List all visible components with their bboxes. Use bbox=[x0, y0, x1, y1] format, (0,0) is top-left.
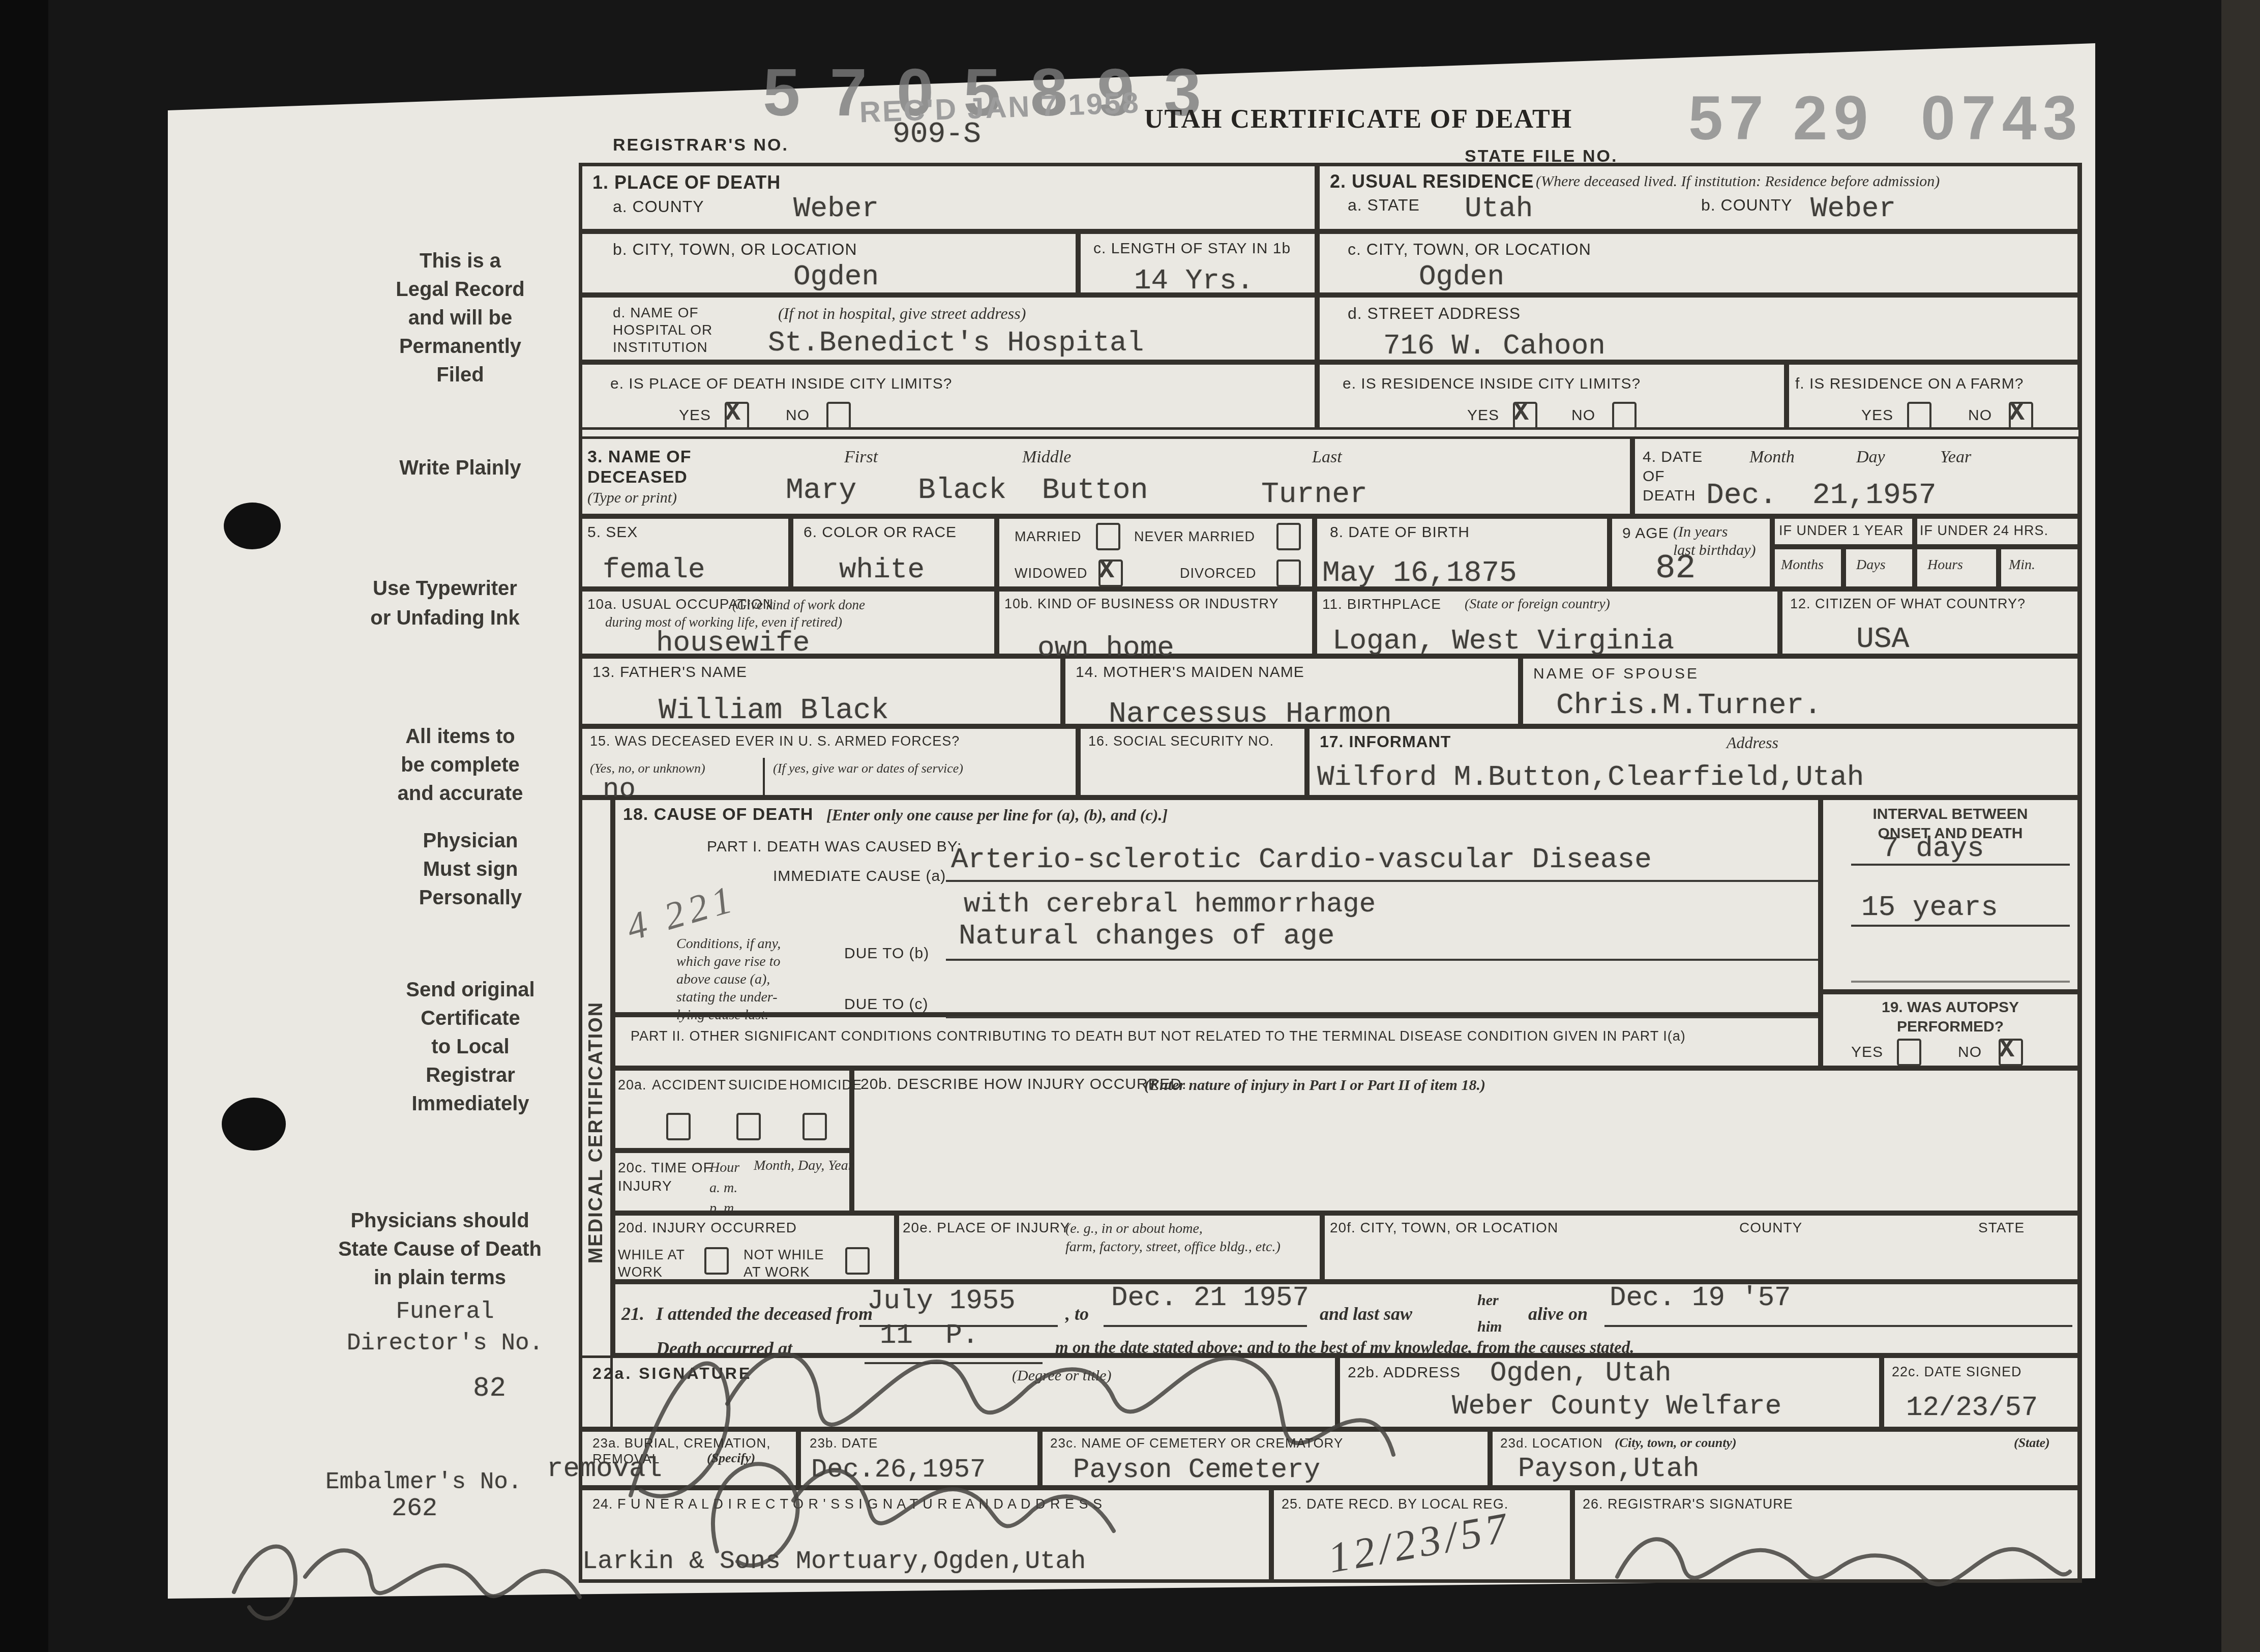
box7-never-label: NEVER MARRIED bbox=[1134, 529, 1255, 545]
box11-hint: (State or foreign country) bbox=[1465, 596, 1610, 612]
margin-note-use-typewriter: Use Typewriter or Unfading Ink bbox=[325, 574, 564, 633]
cause-a-underline bbox=[946, 860, 1818, 882]
funeral-director-no-value: 82 bbox=[473, 1373, 506, 1404]
box16-label: 16. SOCIAL SECURITY NO. bbox=[1088, 733, 1274, 749]
box20c-mdy-label: Month, Day, Year bbox=[754, 1158, 854, 1174]
box20a-suicide-label: SUICIDE bbox=[728, 1077, 788, 1093]
box23a-value: removal bbox=[547, 1454, 662, 1485]
box6-label: 6. COLOR OR RACE bbox=[804, 524, 957, 541]
funeral-director-signature bbox=[676, 1419, 1134, 1587]
box3-first-label: First bbox=[844, 448, 878, 467]
box13-label: 13. FATHER'S NAME bbox=[592, 664, 747, 681]
box10b-value: own home bbox=[1037, 632, 1174, 664]
box9-months-label: Months bbox=[1781, 557, 1824, 573]
box3-hint: (Type or print) bbox=[587, 489, 677, 507]
interval-b-underline bbox=[1851, 904, 2070, 927]
box3-last-value: Turner bbox=[1261, 478, 1367, 511]
cell-2e bbox=[1317, 362, 1787, 430]
box2e-label: e. IS RESIDENCE INSIDE CITY LIMITS? bbox=[1343, 375, 1641, 393]
punch-hole bbox=[224, 503, 281, 549]
box4-day-label: Day bbox=[1856, 448, 1885, 467]
margin-note-legal-record: This is a Legal Record and will be Perma… bbox=[356, 247, 564, 389]
scanned-death-certificate: 5705893 REC'D JAN 7 1958 REGISTRAR'S NO.… bbox=[0, 0, 2260, 1652]
box18-cause-a-line2: with cerebral hemmorrhage bbox=[964, 889, 1376, 920]
box20a-homicide-checkbox bbox=[802, 1113, 827, 1140]
box20b-label: 20b. DESCRIBE HOW INJURY OCCURRED. bbox=[860, 1076, 1186, 1093]
box3-first-value: Mary bbox=[786, 474, 856, 507]
box7-widowed-checkbox: X bbox=[1098, 559, 1123, 587]
box18-part1-label: PART I. DEATH WAS CAUSED BY: bbox=[707, 838, 962, 855]
box6-value: white bbox=[839, 553, 925, 586]
box21-alive-underline bbox=[1604, 1305, 2072, 1327]
box2e-yes-label: YES bbox=[1467, 407, 1499, 424]
box22c-label: 22c. DATE SIGNED bbox=[1892, 1364, 2022, 1380]
box18-title-hint: [Enter only one cause per line for (a), … bbox=[826, 806, 1168, 824]
registrar-signature bbox=[1597, 1495, 2085, 1607]
embalmer-signature bbox=[203, 1500, 600, 1633]
box2c-value: Ogden bbox=[1419, 260, 1504, 293]
margin-note-send-original: Send original Certificate to Local Regis… bbox=[376, 976, 564, 1118]
box20d-not-label: NOT WHILE AT WORK bbox=[744, 1246, 824, 1281]
interval-c-underline bbox=[1851, 960, 2070, 983]
box2d-value: 716 W. Cahoon bbox=[1383, 330, 1605, 362]
box3-middle-value: Black Button bbox=[918, 474, 1148, 507]
box20d-while-checkbox bbox=[704, 1247, 729, 1275]
box9-under24-label: IF UNDER 24 HRS. bbox=[1920, 523, 2048, 539]
spouse-label: NAME OF SPOUSE bbox=[1533, 665, 1699, 683]
box18-immediate-label: IMMEDIATE CAUSE (a) bbox=[773, 868, 946, 885]
box23d-state-hint: (State) bbox=[2014, 1435, 2050, 1451]
box2c-label: c. CITY, TOWN, OR LOCATION bbox=[1348, 240, 1591, 259]
box20c-label: 20c. TIME OF INJURY bbox=[618, 1159, 712, 1195]
box2f-no-label: NO bbox=[1968, 407, 1992, 424]
box2e-no-label: NO bbox=[1571, 407, 1595, 424]
box1b-value: Ogden bbox=[793, 260, 879, 293]
cause-c-underline bbox=[946, 996, 1818, 1018]
box5-value: female bbox=[603, 553, 705, 586]
box2-title: 2. USUAL RESIDENCE bbox=[1330, 171, 1534, 192]
registrar-no-label: REGISTRAR'S NO. bbox=[613, 135, 789, 155]
box2-title-hint: (Where deceased lived. If institution: R… bbox=[1536, 173, 1940, 190]
box14-value: Narcessus Harmon bbox=[1109, 698, 1392, 731]
punch-hole bbox=[222, 1098, 286, 1150]
box20d-while-label: WHILE AT WORK bbox=[618, 1246, 685, 1281]
box9-label: 9 AGE bbox=[1622, 525, 1669, 542]
box2b-label: b. COUNTY bbox=[1701, 196, 1793, 215]
box2f-no-checkbox: X bbox=[2009, 402, 2033, 429]
box10b-label: 10b. KIND OF BUSINESS OR INDUSTRY bbox=[1004, 596, 1279, 612]
box7-widowed-label: WIDOWED bbox=[1015, 566, 1087, 581]
box22b-value1: Ogden, Utah bbox=[1490, 1358, 1671, 1389]
box3-label: 3. NAME OF DECEASED bbox=[587, 447, 692, 487]
box20e-label: 20e. PLACE OF INJURY bbox=[903, 1220, 1070, 1236]
margin-note-all-items: All items to be complete and accurate bbox=[356, 722, 564, 808]
box20e-hint: (e. g., in or about home, farm, factory,… bbox=[1065, 1220, 1281, 1256]
box15-value: no bbox=[603, 774, 636, 805]
box10a-value: housewife bbox=[656, 627, 810, 659]
box22c-value: 12/23/57 bbox=[1906, 1393, 2038, 1424]
box2d-label: d. STREET ADDRESS bbox=[1348, 304, 1521, 323]
box7-married-checkbox bbox=[1096, 523, 1120, 550]
box1e-no-label: NO bbox=[786, 407, 810, 424]
margin-note-write-plainly: Write Plainly bbox=[356, 457, 564, 480]
box20a-label: 20a. bbox=[618, 1077, 647, 1093]
box1e-yes-checkbox: X bbox=[725, 402, 749, 429]
box9-under1-label: IF UNDER 1 YEAR bbox=[1779, 523, 1904, 539]
cause-b-underline bbox=[946, 938, 1818, 961]
box17-value: Wilford M.Button,Clearfield,Utah bbox=[1317, 761, 1864, 793]
box18-part2-label: PART II. OTHER SIGNIFICANT CONDITIONS CO… bbox=[631, 1028, 1810, 1044]
box2b-value: Weber bbox=[1810, 192, 1896, 225]
scan-right-edge bbox=[2221, 0, 2260, 1652]
box19-no-checkbox: X bbox=[1999, 1039, 2023, 1066]
margin-note-plain-terms: Physicians should State Cause of Death i… bbox=[310, 1206, 570, 1292]
box22b-value2: Weber County Welfare bbox=[1452, 1391, 1781, 1422]
box1a-label: a. COUNTY bbox=[613, 197, 704, 216]
box19-yes-label: YES bbox=[1851, 1044, 1883, 1061]
box4-label: 4. DATE OF DEATH bbox=[1643, 448, 1703, 506]
box21-her-label: her bbox=[1477, 1292, 1499, 1309]
box9-min-label: Min. bbox=[2009, 557, 2035, 573]
box1e-label: e. IS PLACE OF DEATH INSIDE CITY LIMITS? bbox=[610, 375, 952, 393]
box1d-value: St.Benedict's Hospital bbox=[768, 327, 1144, 359]
box1c-value: 14 Yrs. bbox=[1134, 264, 1254, 297]
box1e-yes-label: YES bbox=[679, 407, 711, 424]
box11-value: Logan, West Virginia bbox=[1332, 625, 1674, 657]
box19-yes-checkbox bbox=[1897, 1039, 1921, 1066]
funeral-director-no-label: Funeral Director's No. bbox=[325, 1296, 564, 1359]
box20a-homicide-label: HOMICIDE bbox=[789, 1077, 862, 1093]
cell-15-divider bbox=[763, 758, 765, 798]
margin-note-physician-sign: Physician Must sign Personally bbox=[376, 827, 564, 912]
box2f-label: f. IS RESIDENCE ON A FARM? bbox=[1795, 375, 2024, 393]
box15-hint2: (If yes, give war or dates of service) bbox=[773, 761, 963, 776]
box10a-hint: (Give kind of work done during most of w… bbox=[605, 596, 992, 631]
box2e-yes-checkbox: X bbox=[1513, 402, 1537, 429]
box20a-suicide-checkbox bbox=[736, 1113, 761, 1140]
box1d-label: d. NAME OF HOSPITAL OR INSTITUTION bbox=[613, 304, 712, 356]
box1d-hint: (If not in hospital, give street address… bbox=[778, 304, 1026, 323]
box4-year-label: Year bbox=[1940, 448, 1971, 467]
box20f-label: 20f. CITY, TOWN, OR LOCATION bbox=[1330, 1220, 1558, 1236]
box1a-value: Weber bbox=[793, 192, 879, 225]
box8-value: May 16,1875 bbox=[1322, 557, 1517, 590]
interval-a-underline bbox=[1851, 843, 2070, 866]
certificate-title: UTAH CERTIFICATE OF DEATH bbox=[1144, 104, 1572, 134]
box7-married-label: MARRIED bbox=[1015, 529, 1082, 545]
box20d-not-checkbox bbox=[845, 1247, 870, 1275]
box22b-label: 22b. ADDRESS bbox=[1348, 1364, 1461, 1381]
box23d-hint: (City, town, or county) bbox=[1615, 1435, 1737, 1451]
box20f-state-label: STATE bbox=[1978, 1220, 2025, 1236]
box20a-accident-label: ACCIDENT bbox=[652, 1077, 726, 1093]
box12-value: USA bbox=[1856, 623, 1909, 656]
box1b-label: b. CITY, TOWN, OR LOCATION bbox=[613, 240, 857, 259]
box15-label: 15. WAS DECEASED EVER IN U. S. ARMED FOR… bbox=[590, 733, 960, 749]
box1-title: 1. PLACE OF DEATH bbox=[592, 172, 781, 193]
box7-divorced-label: DIVORCED bbox=[1180, 566, 1257, 581]
box9-hours-label: Hours bbox=[1927, 557, 1963, 573]
registrar-no-value: 909-S bbox=[893, 118, 981, 151]
box11-label: 11. BIRTHPLACE bbox=[1322, 596, 1441, 612]
box1e-no-checkbox bbox=[826, 402, 851, 429]
box7-never-checkbox bbox=[1276, 523, 1301, 550]
spouse-value: Chris.M.Turner. bbox=[1556, 689, 1822, 722]
box5-label: 5. SEX bbox=[587, 524, 638, 541]
box18-title: 18. CAUSE OF DEATH bbox=[623, 805, 813, 824]
box19-no-label: NO bbox=[1958, 1044, 1982, 1061]
box3-last-label: Last bbox=[1312, 448, 1342, 467]
box20a-accident-checkbox bbox=[666, 1113, 691, 1140]
cell-2f bbox=[1787, 362, 2080, 430]
box23d-value: Payson,Utah bbox=[1518, 1454, 1699, 1485]
box23d-label: 23d. LOCATION bbox=[1500, 1435, 1603, 1451]
box20d-label: 20d. INJURY OCCURRED bbox=[618, 1220, 797, 1236]
box9-value: 82 bbox=[1655, 549, 1696, 587]
box17-label: 17. INFORMANT bbox=[1320, 732, 1451, 751]
box8-label: 8. DATE OF BIRTH bbox=[1330, 524, 1470, 541]
box2f-yes-label: YES bbox=[1861, 407, 1893, 424]
box20f-county-label: COUNTY bbox=[1739, 1220, 1802, 1236]
box21-text4: alive on bbox=[1528, 1303, 1588, 1324]
box2a-value: Utah bbox=[1465, 192, 1533, 225]
box14-label: 14. MOTHER'S MAIDEN NAME bbox=[1076, 664, 1304, 681]
scan-left-edge bbox=[0, 0, 48, 1652]
box4-value: Dec. 21,1957 bbox=[1706, 479, 1936, 512]
box9-days-label: Days bbox=[1856, 557, 1886, 573]
box12-label: 12. CITIZEN OF WHAT COUNTRY? bbox=[1790, 596, 2026, 612]
box3-middle-label: Middle bbox=[1022, 448, 1071, 467]
box17-address-label: Address bbox=[1727, 733, 1778, 752]
box2a-label: a. STATE bbox=[1348, 196, 1420, 215]
box4-month-label: Month bbox=[1749, 448, 1795, 467]
box20c-hour-label: Hour a. m. p. m. bbox=[709, 1158, 739, 1219]
box19-label: 19. WAS AUTOPSY PERFORMED? bbox=[1831, 998, 2070, 1037]
embalmer-no-label: Embalmer's No. bbox=[325, 1469, 522, 1495]
box18-due-b-label: DUE TO (b) bbox=[844, 945, 929, 962]
state-file-stamp: 57 29 0743 bbox=[1688, 82, 2084, 154]
box7-divorced-checkbox bbox=[1276, 559, 1301, 587]
box18-conditions-note: Conditions, if any, which gave rise to a… bbox=[676, 935, 781, 1024]
box18-due-c-label: DUE TO (c) bbox=[844, 996, 929, 1013]
box13-value: William Black bbox=[659, 694, 888, 727]
box2f-yes-checkbox bbox=[1907, 402, 1931, 429]
box2e-no-checkbox bbox=[1612, 402, 1637, 429]
box1c-label: c. LENGTH OF STAY IN 1b bbox=[1093, 240, 1291, 257]
box21-him-label: him bbox=[1477, 1318, 1502, 1336]
box20b-hint: (Enter nature of injury in Part I or Par… bbox=[1144, 1077, 1485, 1094]
